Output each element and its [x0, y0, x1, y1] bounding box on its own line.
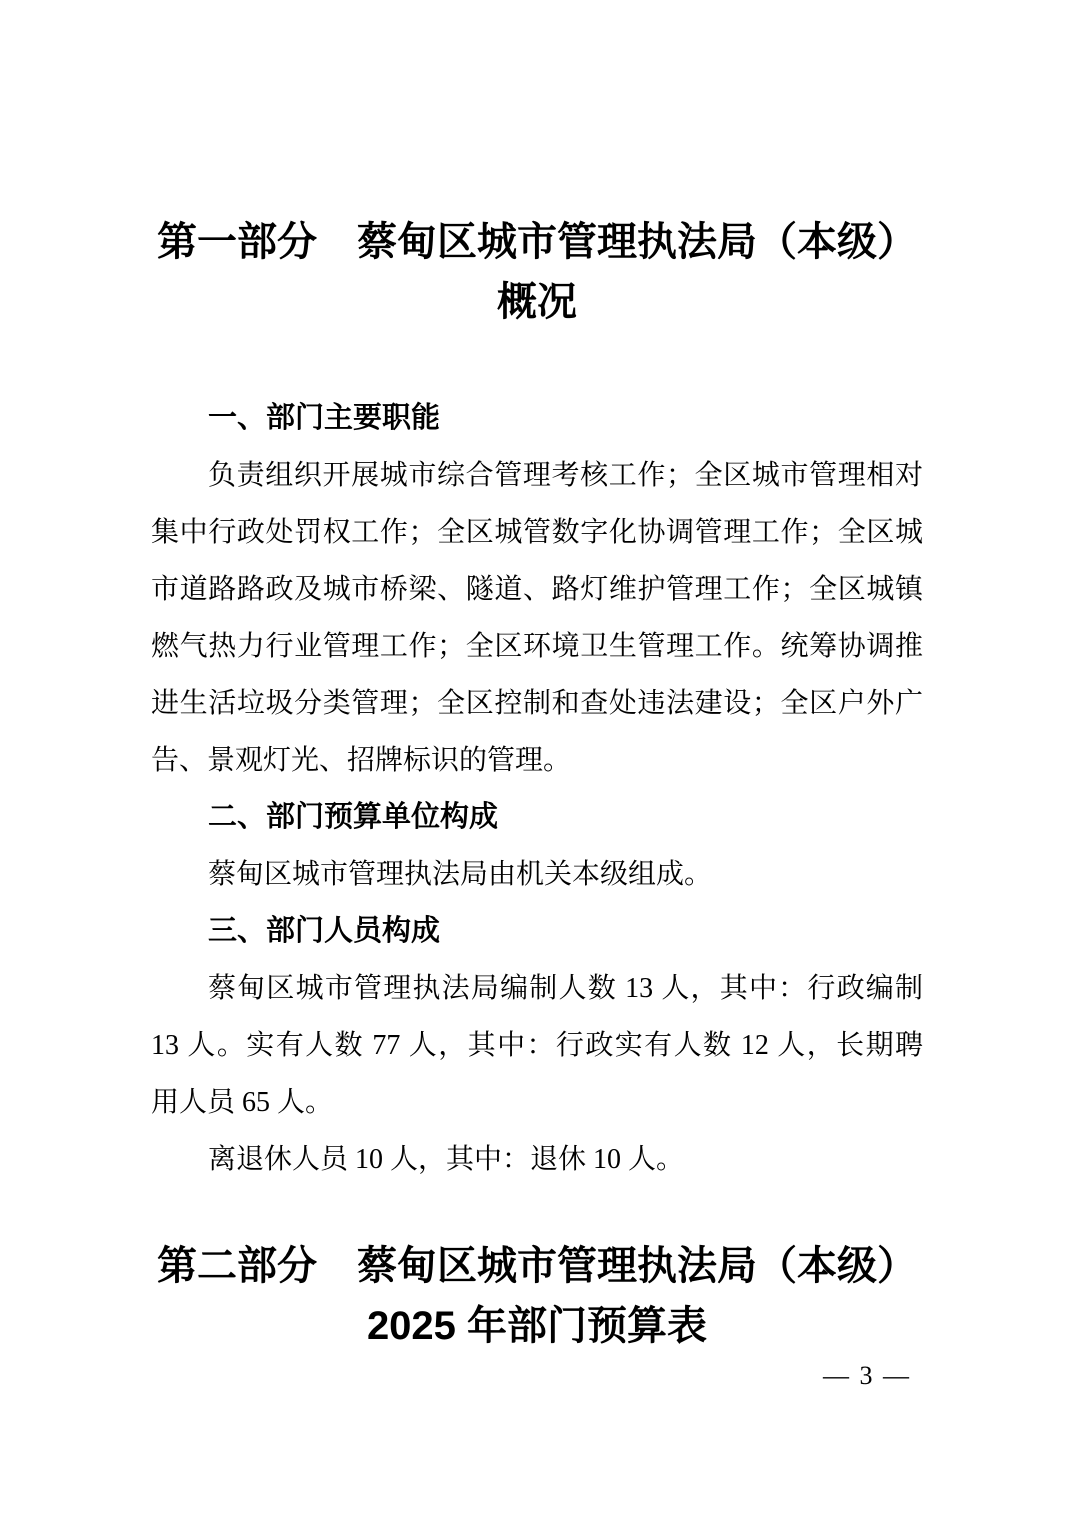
section3-retiree-paragraph: 离退休人员 10 人，其中：退休 10 人。 [151, 1131, 923, 1188]
section2-heading: 二、部门预算单位构成 [151, 789, 923, 846]
page-number: — 3 — [151, 1360, 923, 1392]
document-page: 第一部分 蔡甸区城市管理执法局（本级） 概况 一、部门主要职能 负责组织开展城市… [0, 0, 1074, 1520]
text-line: 燃气热力行业管理工作；全区环境卫生管理工作。统筹协调推 [151, 618, 923, 675]
section2-paragraph: 蔡甸区城市管理执法局由机关本级组成。 [151, 846, 923, 903]
text-line: 进生活垃圾分类管理；全区控制和查处违法建设；全区户外广 [151, 675, 923, 732]
part2-title-line1: 第二部分 蔡甸区城市管理执法局（本级） [151, 1236, 923, 1296]
text-line: 13 人。实有人数 77 人，其中：行政实有人数 12 人，长期聘 [151, 1017, 923, 1074]
text-line: 告、景观灯光、招牌标识的管理。 [151, 732, 923, 789]
part1-title: 第一部分 蔡甸区城市管理执法局（本级） 概况 [151, 212, 923, 332]
part2-title-line2: 2025 年部门预算表 [151, 1296, 923, 1356]
text-line: 离退休人员 10 人，其中：退休 10 人。 [151, 1131, 923, 1188]
text-line: 负责组织开展城市综合管理考核工作；全区城市管理相对 [151, 447, 923, 504]
text-line: 用人员 65 人。 [151, 1074, 923, 1131]
text-line: 蔡甸区城市管理执法局由机关本级组成。 [151, 846, 923, 903]
text-line: 市道路路政及城市桥梁、隧道、路灯维护管理工作；全区城镇 [151, 561, 923, 618]
section3-paragraph: 蔡甸区城市管理执法局编制人数 13 人，其中：行政编制 13 人。实有人数 77… [151, 960, 923, 1131]
part1-title-line1: 第一部分 蔡甸区城市管理执法局（本级） [151, 212, 923, 272]
part2-title: 第二部分 蔡甸区城市管理执法局（本级） 2025 年部门预算表 [151, 1236, 923, 1356]
document-content: 第一部分 蔡甸区城市管理执法局（本级） 概况 一、部门主要职能 负责组织开展城市… [151, 0, 923, 1392]
spacer [151, 332, 923, 390]
spacer [151, 1188, 923, 1236]
text-line: 集中行政处罚权工作；全区城管数字化协调管理工作；全区城 [151, 504, 923, 561]
part1-title-line2: 概况 [151, 272, 923, 332]
section1-paragraph: 负责组织开展城市综合管理考核工作；全区城市管理相对 集中行政处罚权工作；全区城管… [151, 447, 923, 789]
section1-heading: 一、部门主要职能 [151, 390, 923, 447]
section3-heading: 三、部门人员构成 [151, 903, 923, 960]
text-line: 蔡甸区城市管理执法局编制人数 13 人，其中：行政编制 [151, 960, 923, 1017]
